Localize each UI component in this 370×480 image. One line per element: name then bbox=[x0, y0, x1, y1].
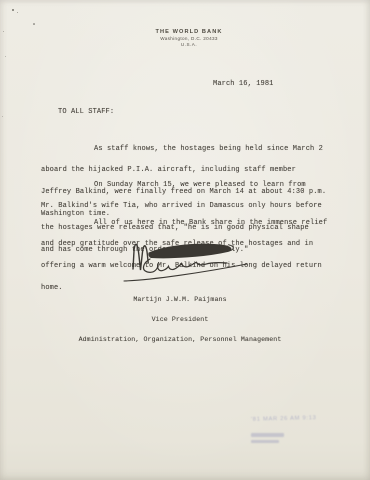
scan-speck bbox=[33, 23, 35, 25]
signatory-block: Martijn J.W.M. Paijmans Vice President A… bbox=[60, 284, 300, 357]
date-line: March 16, 1981 bbox=[213, 81, 274, 88]
letterhead-country: U.S.A. bbox=[105, 42, 273, 48]
handwritten-signature-icon bbox=[118, 236, 252, 288]
scan-speck bbox=[2, 116, 3, 117]
letterhead: THE WORLD BANK Washington, D.C. 20433 U.… bbox=[105, 29, 273, 47]
signatory-department: Administration, Organization, Personnel … bbox=[60, 337, 300, 344]
signatory-title: Vice President bbox=[60, 317, 300, 324]
stamp-illegible-line bbox=[251, 440, 279, 443]
salutation: TO ALL STAFF: bbox=[58, 109, 114, 116]
letterhead-bank-name: THE WORLD BANK bbox=[105, 29, 273, 36]
signatory-name: Martijn J.W.M. Paijmans bbox=[60, 297, 300, 304]
scan-speck bbox=[3, 31, 4, 32]
body-line: All of us here in the Bank share in the … bbox=[41, 220, 346, 227]
scanned-letter-page: THE WORLD BANK Washington, D.C. 20433 U.… bbox=[0, 0, 370, 480]
stamp-illegible-line bbox=[251, 433, 284, 437]
scan-speck bbox=[12, 9, 14, 11]
body-line: As staff knows, the hostages being held … bbox=[41, 146, 346, 153]
scan-speck bbox=[17, 12, 18, 13]
scan-speck bbox=[5, 56, 6, 57]
body-line: On Sunday March 15, we were pleased to l… bbox=[41, 182, 346, 189]
received-date-stamp: '81 MAR 26 AM 9:13 bbox=[251, 415, 317, 424]
